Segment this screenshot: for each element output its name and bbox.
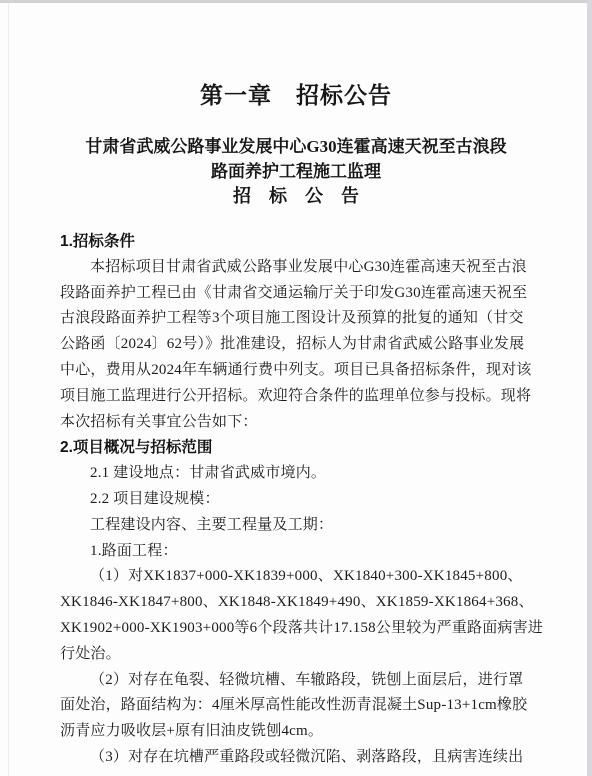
pavement-point2-line: 面处治，路面结构为：4厘米厚高性能改性沥青混凝土Sup-13+1cm橡胶 (60, 693, 532, 719)
section1-heading: 1.招标条件 (60, 229, 532, 255)
project-title-line1: 甘肃省武威公路事业发展中心G30连霍高速天祝至古浪段 (0, 134, 592, 159)
section1-paragraph-line: 本招标项目甘肃省武威公路事业发展中心G30连霍高速天祝至古浪 (60, 255, 532, 281)
project-title-block: 甘肃省武威公路事业发展中心G30连霍高速天祝至古浪段 路面养护工程施工监理 招 … (0, 134, 592, 209)
section1-paragraph-line: 中心，费用从2024年车辆通行费中列支。项目已具备招标条件，现对该 (60, 358, 532, 384)
section1-paragraph-line: 古浪段路面养护工程等3个项目施工图设计及预算的批复的通知（甘交 (60, 306, 532, 332)
pavement-point2-line: 沥青应力吸收层+原有旧油皮铣刨4cm。 (60, 719, 532, 745)
section2-item-location: 2.1 建设地点：甘肃省武威市境内。 (60, 461, 532, 487)
section1-paragraph-line: 公路函〔2024〕62号）》批准建设，招标人为甘肃省武威公路事业发展 (60, 332, 532, 358)
pavement-point2-line: （2）对存在龟裂、轻微坑槽、车辙路段，铣刨上面层后，进行罩 (60, 668, 532, 694)
section2-item-pavement: 1.路面工程： (60, 539, 532, 565)
scan-edge-right (587, 0, 592, 776)
section1-paragraph-line: 段路面养护工程已由《甘肃省交通运输厅关于印发G30连霍高速天祝至 (60, 281, 532, 307)
section1-paragraph-line: 本次招标有关事宜公告如下： (60, 410, 532, 436)
scan-edge-top (0, 0, 592, 3)
section1-paragraph-line: 项目施工监理进行公开招标。欢迎符合条件的监理单位参与投标。现将 (60, 384, 532, 410)
document-page: 第一章 招标公告 甘肃省武威公路事业发展中心G30连霍高速天祝至古浪段 路面养护… (0, 0, 592, 776)
document-body: 1.招标条件 本招标项目甘肃省武威公路事业发展中心G30连霍高速天祝至古浪 段路… (60, 229, 532, 771)
pavement-point3-line: （3）对存在坑槽严重路段或轻微沉陷、剥落路段，且病害连续出 (60, 745, 532, 771)
section2-item-scale: 2.2 项目建设规模： (60, 487, 532, 513)
section2-scope-intro: 工程建设内容、主要工程量及工期： (60, 513, 532, 539)
pavement-point1-line: XK1902+000-XK1903+000等6个段落共计17.158公里较为严重… (60, 616, 532, 642)
announcement-heading: 招 标 公 告 (0, 184, 592, 209)
chapter-title: 第一章 招标公告 (0, 0, 592, 108)
scan-edge-left (8, 3, 9, 776)
pavement-point1-line: XK1846-XK1847+800、XK1848-XK1849+490、XK18… (60, 590, 532, 616)
section2-heading: 2.项目概况与招标范围 (60, 435, 532, 461)
pavement-point1-line: （1）对XK1837+000-XK1839+000、XK1840+300-XK1… (60, 564, 532, 590)
project-title-line2: 路面养护工程施工监理 (0, 159, 592, 184)
pavement-point1-line: 行处治。 (60, 642, 532, 668)
